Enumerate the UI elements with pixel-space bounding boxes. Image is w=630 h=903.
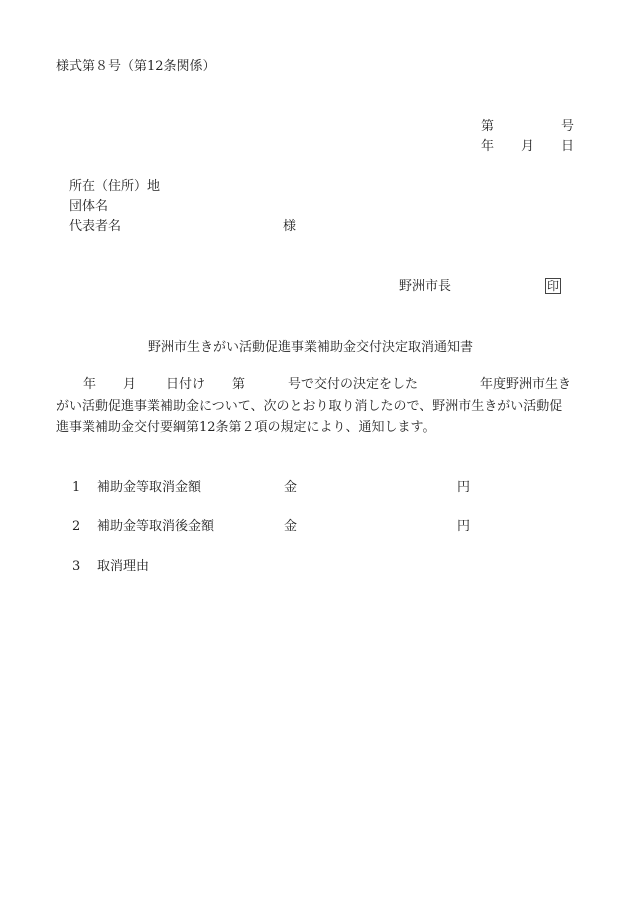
address-label: 所在（住所）地 (69, 180, 160, 193)
item-2-number: 2 (72, 520, 80, 533)
document-title: 野洲市生きがい活動促進事業補助金交付決定取消通知書 (148, 341, 473, 354)
body-number-prefix: 第 (232, 378, 245, 391)
date-month: 月 (521, 140, 534, 153)
item-2-prefix: 金 (284, 520, 297, 533)
honorific: 様 (283, 220, 296, 233)
date-year: 年 (481, 140, 494, 153)
number-prefix: 第 (481, 120, 494, 133)
body-line-3: 進事業補助金交付要綱第12条第２項の規定により、通知します。 (56, 421, 436, 434)
item-2-suffix: 円 (457, 520, 470, 533)
sender-title: 野洲市長 (399, 280, 451, 293)
org-label: 団体名 (69, 200, 108, 213)
item-1-prefix: 金 (284, 481, 297, 494)
item-2-label: 補助金等取消後金額 (97, 520, 214, 533)
body-month: 月 (123, 378, 136, 391)
item-3-number: 3 (72, 560, 80, 573)
item-1-suffix: 円 (457, 481, 470, 494)
item-1-number: 1 (72, 481, 80, 494)
body-day-suffix: 日付け (166, 378, 205, 391)
item-3-label: 取消理由 (97, 560, 149, 573)
number-suffix: 号 (561, 120, 574, 133)
seal-mark: 印 (545, 278, 561, 294)
rep-label: 代表者名 (69, 220, 121, 233)
item-1-label: 補助金等取消金額 (97, 481, 201, 494)
body-number-suffix: 号で交付の決定をした (288, 378, 418, 391)
body-line-2: がい活動促進事業補助金について、次のとおり取り消したので、野洲市生きがい活動促 (56, 400, 562, 413)
body-fiscal: 年度野洲市生き (480, 378, 571, 391)
body-year: 年 (83, 378, 96, 391)
date-day: 日 (561, 140, 574, 153)
form-label: 様式第８号（第12条関係） (56, 60, 216, 73)
